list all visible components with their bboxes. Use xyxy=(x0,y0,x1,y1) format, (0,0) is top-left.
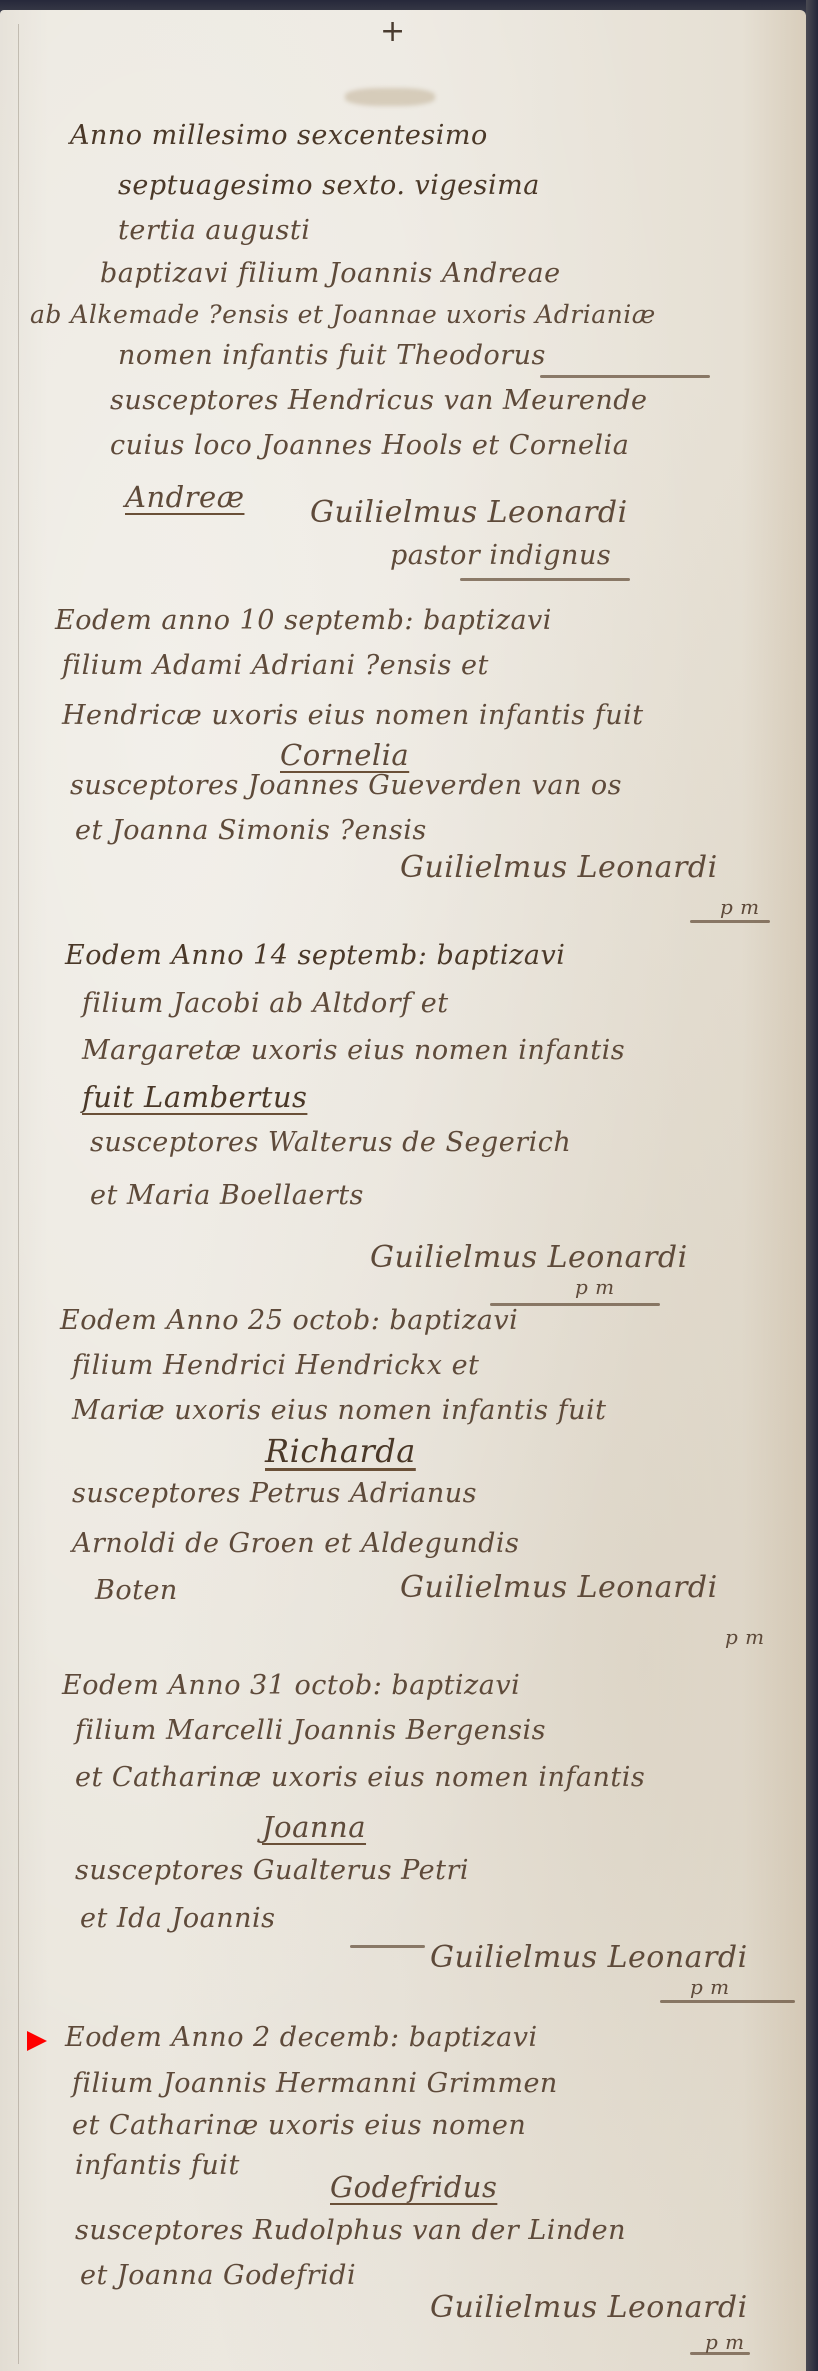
child-name: Cornelia xyxy=(280,738,409,772)
signature-underline xyxy=(690,920,770,923)
entry-line: septuagesimo sexto. vigesima xyxy=(118,170,540,201)
entry-line: Eodem Anno 2 decemb: baptizavi xyxy=(65,2022,538,2053)
signature-note: p m xyxy=(575,1275,615,1299)
signature-underline xyxy=(690,2352,750,2355)
binding-gutter xyxy=(18,24,19,2364)
entry-line: susceptores Hendricus van Meurende xyxy=(110,385,647,416)
entry-line: filium Jacobi ab Altdorf et xyxy=(82,988,449,1019)
entry-line: Eodem Anno 14 septemb: baptizavi xyxy=(65,940,565,971)
priest-signature: Guilielmus Leonardi xyxy=(370,1240,688,1275)
entry-line: ab Alkemade ?ensis et Joannae uxoris Adr… xyxy=(30,300,656,329)
signature-underline xyxy=(660,2000,795,2003)
entry-line: filium Marcelli Joannis Bergensis xyxy=(75,1715,546,1746)
entry-line: Hendricæ uxoris eius nomen infantis fuit xyxy=(62,700,644,731)
entry-line: Anno millesimo sexcentesimo xyxy=(70,120,488,151)
entry-line: Arnoldi de Groen et Aldegundis xyxy=(72,1528,519,1559)
entry-line: et Ida Joannis xyxy=(80,1903,276,1934)
entry-line: filium Joannis Hermanni Grimmen xyxy=(72,2068,558,2099)
entry-line: filium Hendrici Hendrickx et xyxy=(72,1350,479,1381)
child-name: Richarda xyxy=(265,1432,416,1470)
entry-line: et Catharinæ uxoris eius nomen infantis xyxy=(75,1762,645,1793)
signature-note: p m xyxy=(705,2330,745,2354)
signature-note: p m xyxy=(690,1975,730,1999)
child-name: Joanna xyxy=(262,1810,366,1844)
priest-signature: Guilielmus Leonardi xyxy=(430,1940,748,1975)
priest-signature: Guilielmus Leonardi xyxy=(430,2290,748,2325)
entry-line: fuit Lambertus xyxy=(82,1080,307,1114)
entry-line: susceptores Petrus Adrianus xyxy=(72,1478,477,1509)
entry-line: Andreæ xyxy=(125,480,244,514)
entry-line: infantis fuit xyxy=(75,2150,240,2181)
entry-line: baptizavi filium Joannis Andreae xyxy=(100,258,561,289)
entry-line: susceptores Walterus de Segerich xyxy=(90,1127,571,1158)
priest-signature: Guilielmus Leonardi xyxy=(310,495,628,530)
entry-line: Margaretæ uxoris eius nomen infantis xyxy=(82,1035,625,1066)
priest-signature: Guilielmus Leonardi xyxy=(400,850,718,885)
entry-line: et Joanna Godefridi xyxy=(80,2260,356,2291)
child-name: Godefridus xyxy=(330,2170,497,2204)
entry-line: Eodem anno 10 septemb: baptizavi xyxy=(55,605,552,636)
signature-note: pastor indignus xyxy=(390,540,611,571)
entry-line: susceptores Gualterus Petri xyxy=(75,1855,469,1886)
priest-signature: Guilielmus Leonardi xyxy=(400,1570,718,1605)
entry-line: Boten xyxy=(95,1575,178,1606)
entry-line: tertia augusti xyxy=(118,215,310,246)
signature-underline xyxy=(460,578,630,581)
name-underline xyxy=(350,1945,425,1948)
name-underline xyxy=(540,375,710,378)
entry-line: et Catharinæ uxoris eius nomen xyxy=(72,2110,526,2141)
ink-stain xyxy=(345,88,435,106)
entry-line: susceptores Joannes Gueverden van os xyxy=(70,770,622,801)
entry-line: Eodem Anno 31 octob: baptizavi xyxy=(62,1670,520,1701)
red-triangle-marker-icon xyxy=(27,2031,47,2051)
entry-line: susceptores Rudolphus van der Linden xyxy=(75,2215,626,2246)
entry-line: Mariæ uxoris eius nomen infantis fuit xyxy=(72,1395,607,1426)
entry-line: et Joanna Simonis ?ensis xyxy=(75,815,427,846)
entry-line: cuius loco Joannes Hools et Cornelia xyxy=(110,430,629,461)
entry-line: Eodem Anno 25 octob: baptizavi xyxy=(60,1305,518,1336)
entry-line: filium Adami Adriani ?ensis et xyxy=(62,650,489,681)
entry-line: et Maria Boellaerts xyxy=(90,1180,364,1211)
signature-note: p m xyxy=(720,895,760,919)
entry-line: nomen infantis fuit Theodorus xyxy=(118,340,546,371)
signature-note: p m xyxy=(725,1625,765,1649)
page-cross-mark: + xyxy=(380,14,405,49)
page-right-edge xyxy=(806,0,818,2371)
